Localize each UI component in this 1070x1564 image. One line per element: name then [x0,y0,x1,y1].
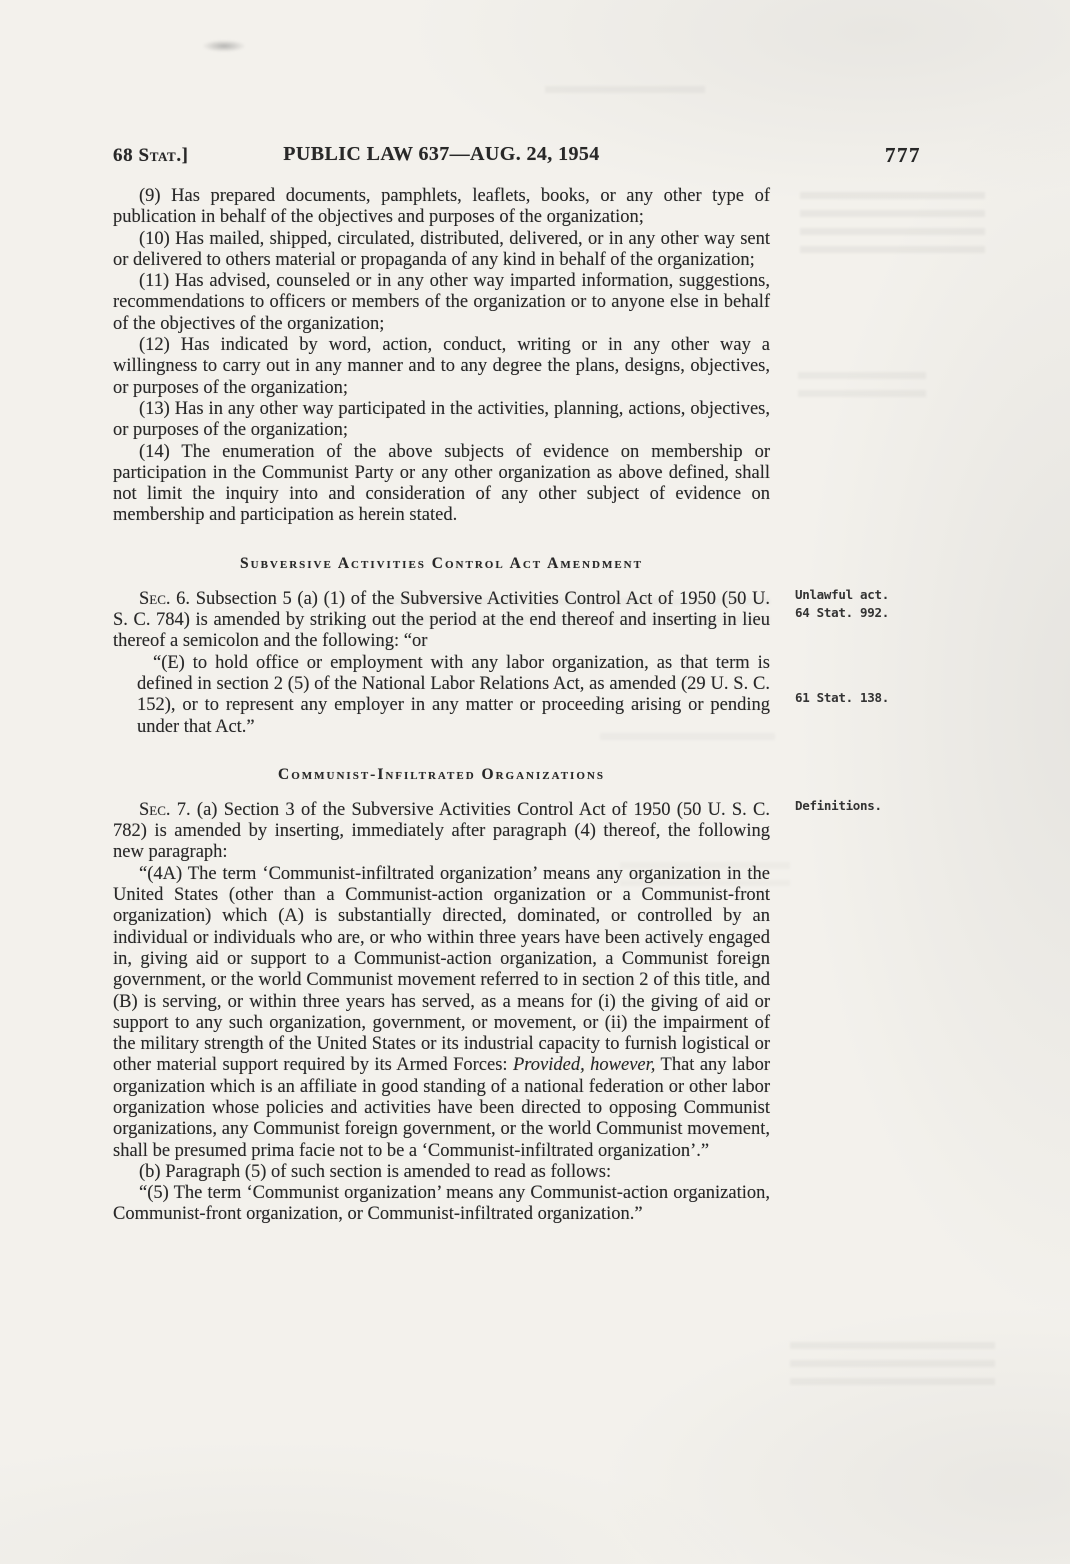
statute-page: 68 Stat.] PUBLIC LAW 637—AUG. 24, 1954 7… [0,0,1070,1564]
section-heading-amendment: Subversive Activities Control Act Amendm… [113,554,770,574]
section-7-label: Sec. 7. [139,800,191,820]
paragraph-b: (b) Paragraph (5) of such section is ame… [113,1162,770,1183]
paragraph-5: “(5) The term ‘Communist organization’ m… [113,1183,770,1226]
margin-note-61-stat-138: 61 Stat. 138. [795,689,945,707]
scan-smudge-artifact [202,40,246,52]
paragraph-4a-proviso: Provided, however, [513,1055,655,1075]
law-title: PUBLIC LAW 637—AUG. 24, 1954 [113,143,770,166]
bleedthrough-ghost-margin-1 [800,192,985,254]
enumeration-item-9: (9) Has prepared documents, pamphlets, l… [113,186,770,229]
section-7-paragraph: Sec. 7. (a) Section 3 of the Subversive … [113,800,770,864]
paragraph-4a: “(4A) The term ‘Communist-infiltrated or… [113,864,770,1162]
margin-note-definitions: Definitions. [795,797,945,815]
enumeration-item-12: (12) Has indicated by word, action, cond… [113,335,770,399]
paragraph-4a-text-1: “(4A) The term ‘Communist-infiltrated or… [113,864,770,1076]
page-header: 68 Stat.] PUBLIC LAW 637—AUG. 24, 1954 7… [113,143,921,169]
margin-note-unlawful-act: Unlawful act. 64 Stat. 992. [795,586,945,622]
page-number: 777 [885,143,921,168]
bleedthrough-ghost-top [545,86,705,96]
section-6-paragraph: Sec. 6. Subsection 5 (a) (1) of the Subv… [113,589,770,653]
enumeration-item-10: (10) Has mailed, shipped, circulated, di… [113,229,770,272]
enumeration-item-11: (11) Has advised, counseled or in any ot… [113,271,770,335]
section-heading-infiltrated: Communist-Infiltrated Organizations [113,765,770,785]
bleedthrough-ghost-bottom [790,1342,995,1390]
enumeration-item-14: (14) The enumeration of the above subjec… [113,442,770,527]
quoted-subparagraph-e: “(E) to hold office or employment with a… [137,653,770,738]
section-7-text: (a) Section 3 of the Subversive Activiti… [113,800,770,863]
section-6-text: Subsection 5 (a) (1) of the Subversive A… [113,589,770,652]
section-6-label: Sec. 6. [139,589,190,609]
bleedthrough-ghost-margin-2 [798,372,926,404]
enumeration-item-13: (13) Has in any other way participated i… [113,399,770,442]
statute-text-column: (9) Has prepared documents, pamphlets, l… [113,186,770,1226]
